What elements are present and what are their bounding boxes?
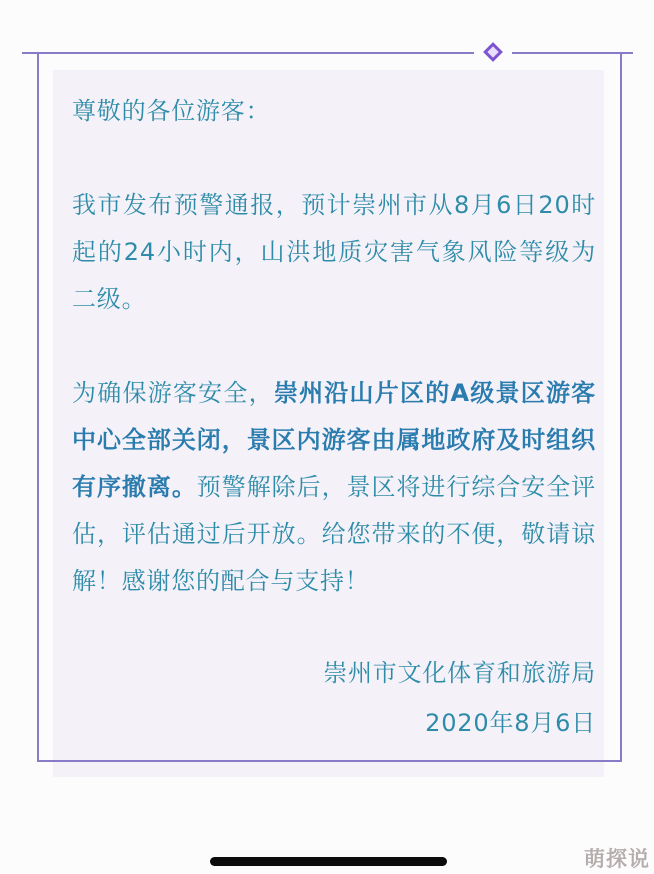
signature-block: 崇州市文化体育和旅游局 2020年8月6日 — [72, 650, 596, 747]
measures-regular-lead: 为确保游客安全， — [72, 379, 274, 407]
frame-top-right-line — [512, 52, 633, 54]
frame-right-line — [620, 52, 622, 762]
frame-bottom-line — [37, 760, 622, 762]
home-indicator-bar[interactable] — [210, 857, 447, 866]
notice-body: 尊敬的各位游客： 我市发布预警通报，预计崇州市从8月6日20时起的24小时内，山… — [72, 88, 596, 747]
frame-top-left-line — [22, 52, 474, 54]
notice-salutation: 尊敬的各位游客： — [72, 88, 596, 135]
notice-date: 2020年8月6日 — [72, 700, 596, 747]
watermark-logo: 萌探说 — [584, 843, 650, 873]
diamond-icon — [483, 42, 503, 62]
notice-warning-paragraph: 我市发布预警通报，预计崇州市从8月6日20时起的24小时内，山洪地质灾害气象风险… — [72, 182, 596, 323]
frame-left-line — [37, 52, 39, 762]
notice-signature: 崇州市文化体育和旅游局 — [72, 650, 596, 697]
screenshot-stage: 尊敬的各位游客： 我市发布预警通报，预计崇州市从8月6日20时起的24小时内，山… — [0, 0, 654, 874]
notice-measures-paragraph: 为确保游客安全，崇州沿山片区的A级景区游客中心全部关闭，景区内游客由属地政府及时… — [72, 370, 596, 605]
